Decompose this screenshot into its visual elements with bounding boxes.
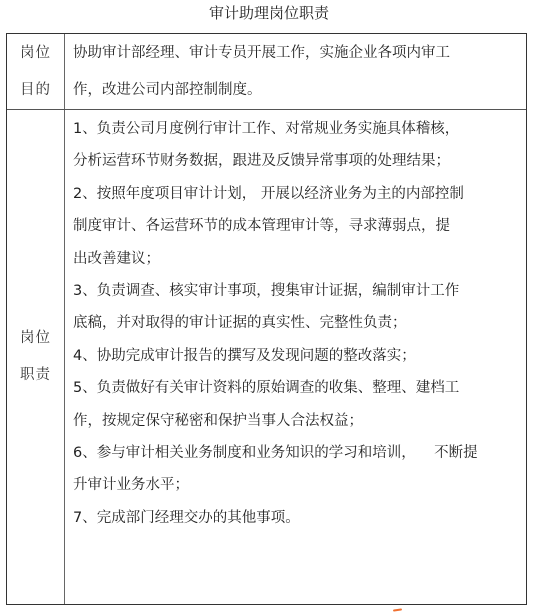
content-line: 4、协助完成审计报告的撰写及发现问题的整改落实； — [73, 340, 526, 372]
content-line: 底稿，并对取得的审计证据的真实性、完整性负责； — [73, 307, 526, 339]
content-line: 升审计业务水平； — [73, 469, 526, 501]
label-line: 岗位 — [20, 35, 51, 72]
content-line: 5、负责做好有关审计资料的原始调查的收集、整理、建档工 — [73, 372, 526, 404]
table-row-purpose: 岗位 目的 协助审计部经理、审计专员开展工作，实施企业各项内审工 作，改进公司内… — [7, 34, 526, 110]
content-line: 作，改进公司内部控制制度。 — [73, 72, 526, 109]
content-line: 2、按照年度项目审计计划， 开展以经济业务为主的内部控制 — [73, 178, 526, 210]
label-line: 岗位 — [20, 320, 51, 357]
document-title: 审计助理岗位职责 — [0, 2, 538, 24]
content-line: 出改善建议； — [73, 243, 526, 275]
row-content-purpose: 协助审计部经理、审计专员开展工作，实施企业各项内审工 作，改进公司内部控制制度。 — [65, 34, 526, 109]
job-description-table: 岗位 目的 协助审计部经理、审计专员开展工作，实施企业各项内审工 作，改进公司内… — [6, 33, 527, 605]
row-label-purpose: 岗位 目的 — [7, 34, 65, 109]
content-line: 7、完成部门经理交办的其他事项。 — [73, 502, 526, 534]
content-line: 分析运营环节财务数据，跟进及反馈异常事项的处理结果； — [73, 145, 526, 177]
label-line: 目的 — [20, 72, 51, 109]
content-line: 3、负责调查、核实审计事项，搜集审计证据，编制审计工作 — [73, 275, 526, 307]
content-line: 1、负责公司月度例行审计工作、对常规业务实施具体稽核， — [73, 113, 526, 145]
content-line: 6、参与审计相关业务制度和业务知识的学习和培训， 不断提 — [73, 437, 526, 469]
content-line: 协助审计部经理、审计专员开展工作，实施企业各项内审工 — [73, 35, 526, 72]
row-label-duties: 岗位 职责 — [7, 110, 65, 604]
table-row-duties: 岗位 职责 1、负责公司月度例行审计工作、对常规业务实施具体稽核， 分析运营环节… — [7, 110, 526, 604]
row-content-duties: 1、负责公司月度例行审计工作、对常规业务实施具体稽核， 分析运营环节财务数据，跟… — [65, 110, 526, 604]
decorative-mark — [393, 608, 402, 611]
content-line: 制度审计、各运营环节的成本管理审计等，寻求薄弱点，提 — [73, 210, 526, 242]
content-line: 作，按规定保守秘密和保护当事人合法权益； — [73, 405, 526, 437]
label-line: 职责 — [20, 357, 51, 394]
